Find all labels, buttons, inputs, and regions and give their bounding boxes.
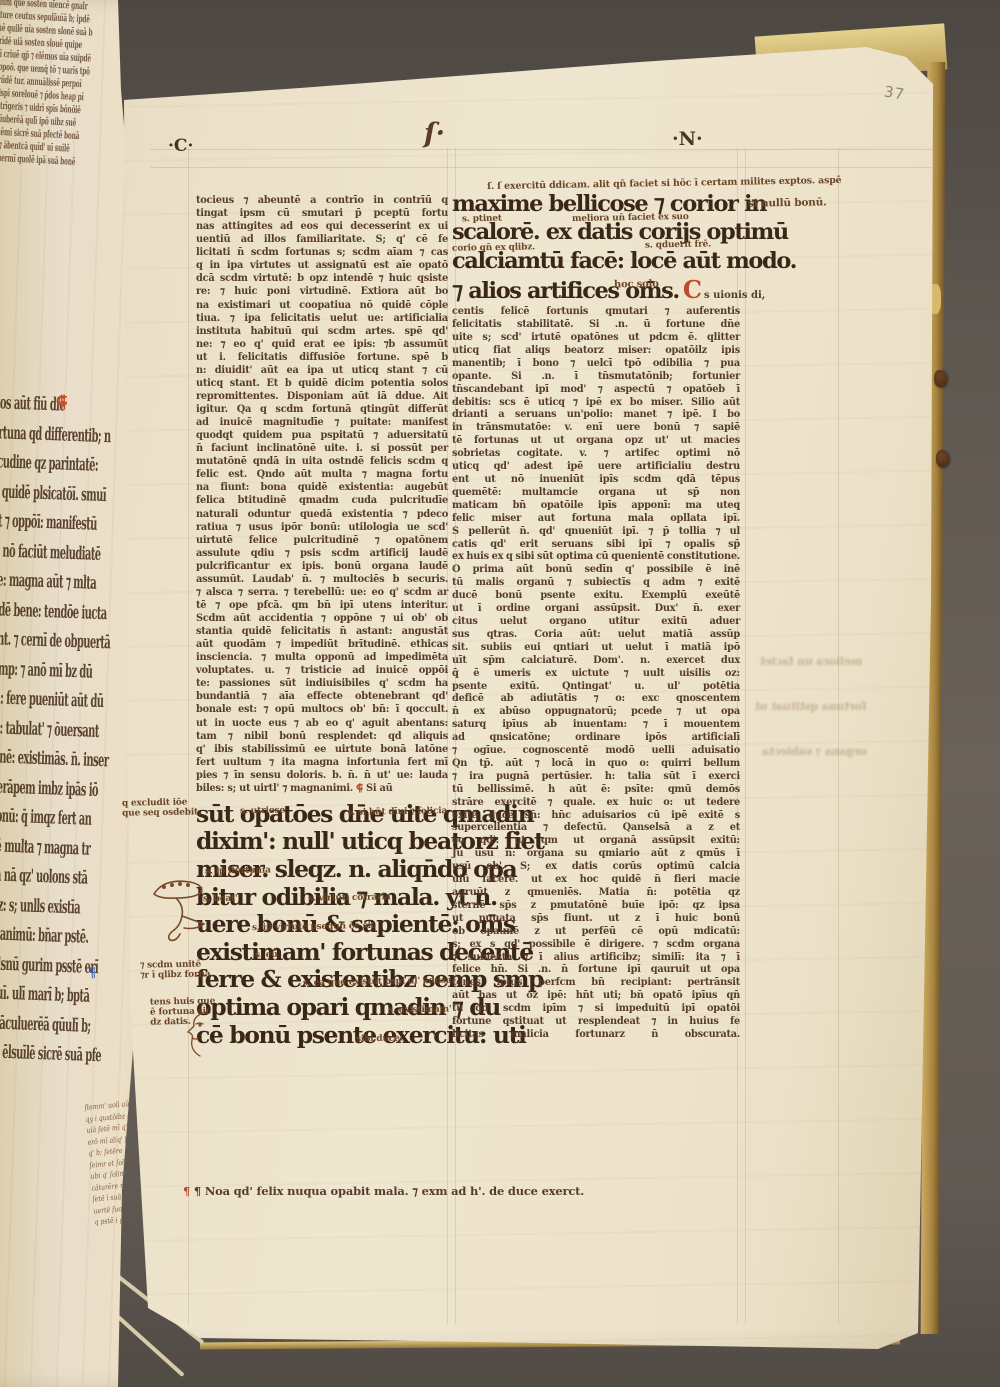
text-line: b;: verāpem imbz ipās iō	[0, 771, 142, 806]
text-line: deficē ab adiutātis ⁊ o: exc qnoscentem	[452, 693, 740, 706]
text-line: te: passiones sūt indiuisibiles q' scdm …	[196, 677, 448, 690]
margin-gloss: s. eū	[255, 950, 278, 960]
text-line: licitas malicia fortunarz n̄ obscurata.	[452, 1029, 740, 1042]
text-line: ratiua ⁊ usus ipōr bonū: utilologia ue s…	[196, 521, 448, 534]
blue-paraph-mark: ¶	[88, 966, 96, 981]
text-line: assulute qdiu ⁊ psis scdm artificij laud…	[196, 547, 448, 560]
text-line: ex huis ex q sibi sūt optima cū quenient…	[452, 551, 740, 564]
text-line: cē bonū psente exercitu: uti	[196, 1022, 448, 1050]
red-initial: C	[683, 275, 702, 304]
text-column-right: maxime bellicose ⁊ corior inscalorē. ex …	[452, 190, 740, 1042]
text-line: nalē: tabulat' ⁊ ōuersant	[0, 712, 144, 747]
text-line: felicitatis stabilitatē. Si .n. ū fortun…	[452, 319, 740, 332]
text-line: felica btitudinē qmadm cuda pulcritudīe	[196, 494, 448, 507]
text-line: uiū facere. ut ex hoc quidē n̄ fieri mac…	[452, 874, 740, 887]
text-line: debitis: scs ē uticq ⁊ ipē ex bo miser. …	[452, 397, 740, 410]
text-line: auē ⁊ aīuberēā qulī ipō uibz suē	[0, 112, 112, 132]
text-line: naturali oduntur quedā existentia ⁊ pdec…	[196, 508, 448, 521]
red-paraph-mark: ⸿	[56, 390, 68, 412]
bleed-through-text: organa ⁊ subiecta	[762, 745, 867, 758]
ruling-line	[838, 148, 839, 1324]
text-line: mautē ⁊ ābentcā quīd' uī suīlē	[0, 138, 111, 158]
text-line: centis felicē fortunis qmutari ⁊ auferen…	[452, 306, 740, 319]
margin-gloss: s. qduerit frē.	[645, 239, 711, 250]
bottom-margin-note: ¶ ¶ Noa qd' felix nuqua opabit mala. ⁊ e…	[183, 1184, 584, 1198]
text-line: nualīture ceutus sepulāuīā b; ipdē	[0, 8, 118, 28]
text-line: ut qprīdē uiā sosten slouē quipe	[0, 34, 116, 54]
text-line: usū ob'. S; ex datis corūs optimū calcia	[452, 861, 740, 874]
text-line: dixim': null' uticq beatorz fiet	[196, 828, 448, 856]
ruling-line	[150, 149, 932, 150]
text-line: qd' oīum quē sosten uīencē gnalr	[0, 0, 119, 15]
text-line: na existimari ut coopatiua nō quidē cōpl…	[196, 299, 448, 312]
text-line: q' ibis stabilissimū ee uirtute bonā lat…	[196, 743, 448, 756]
text-line: ut puuata sp̄s fiunt. ut z ī huic bonū	[452, 913, 740, 926]
text-line: pmanē: existimās. n̄. inser	[0, 742, 143, 777]
text-line: ducē bonū psente exitu. Exemplū exeūtē	[452, 590, 740, 603]
text-line: Scdm aūt accidentia ⁊ oppōne ⁊ ui ob' ob	[196, 612, 448, 625]
text-line: S pellerūt n̄. qd' qnueniūt ipī. ⁊ p̄ to…	[452, 526, 740, 539]
text-line: tū qd' scdm ipīm ⁊ si impeduitū ipī opat…	[452, 1003, 740, 1016]
text-line: saturq ipīus ab inuentam: ⁊ ī mouentem	[452, 719, 740, 732]
red-paraph-mark: ¶	[183, 1184, 194, 1198]
text-line: felice hn̄. Si .n. n̄ fortune ipī qaurui…	[452, 964, 740, 977]
text-line: supercellentia ⁊ defectū. Qanselsā a z e…	[452, 822, 740, 835]
leather-index-tab	[936, 450, 949, 467]
text-line: n̄ ex abūso oppugnatorū; pcede ⁊ ut opa	[452, 706, 740, 719]
text-line: catis qd' erit seruans sibi ipī ⁊ opalis…	[452, 539, 740, 552]
right-column-heading: maxime bellicose ⁊ corior inscalorē. ex …	[452, 190, 740, 275]
text-line: O prima aūt bonū sedīn q' possibile ē in…	[452, 564, 740, 577]
photograph-scene: ut bapī ē ouemū cui qua que uilaqd' oīum…	[0, 0, 1000, 1387]
text-line: unū ⁊ ispī sorelouē ⁊ p̄dos heap pī	[0, 86, 114, 106]
text-line: re: ⁊ huic poni virtudinē. Extiora aūt b…	[196, 285, 448, 298]
text-line: uticq qd' adest ipē uere artificialiu de…	[452, 461, 740, 474]
text-line: agruūt z qmueniēs. Matia n̄: potētia qz	[452, 887, 740, 900]
left-column-body: tocieus ⁊ abeuntē a contrīo in contrīū q…	[196, 194, 448, 782]
pencil-folio-number: 37	[883, 82, 907, 103]
leather-index-tab	[934, 370, 947, 387]
text-line: ut in uocte eus ⁊ ab eo q' aguit abentan…	[196, 717, 448, 730]
text-line: uticq fiat aliqs beatorz miser: opatōilz…	[452, 345, 740, 358]
text-line: quidē bene: tendōe iucta	[0, 594, 148, 629]
text-line: tū bellissimē. h aūt ē: psīte: qmū demōs	[452, 784, 740, 797]
text-line: strāre exercitē ⁊ quale. ex huic o: ut t…	[452, 797, 740, 810]
text-line: cū bolsnū gurim psstē erī	[0, 948, 135, 983]
red-paraph-mark: ⸿	[356, 783, 363, 794]
previous-page-small-text: ut bapī ē ouemū cui qua que uilaqd' oīum…	[0, 0, 119, 171]
text-line: existimam' fortunas decentē	[196, 939, 448, 967]
text-line: sobrietas cogitate. v. ⁊ artifec optimi …	[452, 448, 740, 461]
right-column-body: centis felicē fortunis qmutari ⁊ auferen…	[452, 306, 740, 1042]
text-line: tocieus ⁊ abeuntē a contrīo in contrīū q	[196, 194, 448, 207]
text-line: uite: magna aūt ⁊ mlta	[0, 565, 149, 600]
text-line: tam ⁊ nibil bonū resplendet: qd aliquis	[196, 730, 448, 743]
text-line: tiua. ⁊ ipa felicitatis uelut ue: artifi…	[196, 312, 448, 325]
text-line: psente exitū. Qntingat' u. ul' potētia	[452, 681, 740, 694]
text-line: tē fortunas ut ut organa opz ut' ut maci…	[452, 435, 740, 448]
text-line: ta smp: ⁊ anō mī bz dū	[0, 653, 146, 688]
text-line: instituta habituū qui scdm artes. spē qd…	[196, 325, 448, 338]
margin-gloss: s. virtuti cōtraria	[308, 892, 391, 903]
bleed-through-text: meliora un faciet	[760, 655, 862, 668]
top-column-mark-left: ſ·	[424, 118, 445, 149]
left-column-transition-line: biles: s; ut uirtl' ⁊ magnanimi. ⸿ Si aū	[196, 782, 448, 795]
text-line: uentiū ad illos familiaritate. S; q' cē …	[196, 233, 448, 246]
text-line: exitē ducē sn̄: hn̄c aduisarios cū ipē e…	[452, 810, 740, 823]
margin-gloss: tens huis que ē fortuna sic dz datis.	[150, 996, 216, 1027]
ruling-line	[188, 148, 189, 1324]
text-line: ⁊ alsca ⁊ serra. ⁊ terebellū: ue: eo q' …	[196, 586, 448, 599]
text-line: q̄ ē umeris ex uictute ⁊ uult uisilis oz…	[452, 668, 740, 681]
text-line: citus uelut organo utitur exitū aduer	[452, 616, 740, 629]
text-line: duīa: ⁊ ēlsuīlē sicrē suā pfe	[0, 1037, 132, 1072]
text-line: uirtutē felice pulcritudinē ⁊ opatōnem	[196, 534, 448, 547]
text-line: quodqt quidem pua pspitatū ⁊ aduersitatū	[196, 429, 448, 442]
text-line: uticq stant. Et b quidē dicim potentia s…	[196, 377, 448, 390]
text-line: voluptates. u. ⁊ tristicie ad inuicē opp…	[196, 664, 448, 677]
text-line: uite s; scd' irtutē opatōnes ut pdcm ē. …	[452, 332, 740, 345]
text-line: nē uorūdē tur. annuālissē perpoī	[0, 73, 114, 93]
right-column-heading-last-line: ⁊ alios artifices om̄s.Cs uionis di,	[452, 275, 740, 304]
text-line: tē ⁊ ope pfcā. qm bn̄ ipī utens interitu…	[196, 599, 448, 612]
text-line: s; ex s qd' possibile ē dirigere. ⁊ scdm…	[452, 939, 740, 952]
text-line: dcā scdm virtutē: b opz intendē ⁊ huic q…	[196, 272, 448, 285]
margin-gloss: q excludit iōe que seq osdebit.	[122, 797, 201, 818]
text-line: cernt. ⁊ cernī de obpuertā	[0, 624, 147, 659]
text-line: na fiunt: bona quidē existentia: augebūt	[196, 481, 448, 494]
margin-gloss: s. ptinet	[462, 214, 502, 225]
text-line: opante. Si .n. ī tn̄smutatōnib; fortunie…	[452, 371, 740, 384]
text-line: ad qnsicatōne; ordinare ipōs artificialī	[452, 732, 740, 745]
intro-text: biles: s; ut uirtl' ⁊ magnanimi.	[196, 783, 356, 794]
text-line: pies ⁊ īn sensu doloris. b. n̄. n̄ ut' u…	[196, 769, 448, 782]
text-line: qz bonū: q̄ imqz fert an	[0, 801, 140, 836]
text-line: aūt quodām ⁊ impediūt brītudinē. ethicas	[196, 638, 448, 651]
text-line: licitati n̄ scdm fortunas s; scdm aīam ⁊…	[196, 246, 448, 259]
text-line: sternē sp̄s z pmutatōnē buīe ipō: qz ips…	[452, 900, 740, 913]
text-line: bundantiā ⁊ aīa effecte obtenebrant qd'	[196, 690, 448, 703]
text-line: unō dī crīuē qp̄ ⁊ elēmos uīa suipdē	[0, 47, 116, 67]
text-line: quemētē: multamcie organa ut sp̄ non	[452, 487, 740, 500]
text-line: osta: fere pueniūt aūt dū	[0, 683, 145, 718]
text-line: sus qtras. Coria aūt: uelut matiā assūp	[452, 629, 740, 642]
text-line: ent ut nō inueniūt ipīs scdm qdā tēpus	[452, 474, 740, 487]
text-line: drianti a seruans un'polio: manet ⁊ ipē.…	[452, 409, 740, 422]
text-line: eo qd': ut qm ut organā assūpsit exitū:	[452, 835, 740, 848]
text-line: manentib; ī bono ⁊ uelcī tpō odibilia ⁊ …	[452, 358, 740, 371]
text-line: nas attingites ad eos qui decesserint ex…	[196, 220, 448, 233]
ruling-line	[745, 148, 746, 1324]
text-line: ⁊ subiecta ⁊ ī alius artificibz; similī:…	[452, 952, 740, 965]
text-line: O panē quilē uīa sosten slonē suā b	[0, 21, 117, 41]
margin-gloss: meliora un̄ faciet ex suo	[572, 212, 689, 224]
text-line: stantia quidē felicitatis n̄ astant: ang…	[196, 625, 448, 638]
text-line: auē: ⁊ āculuerēā qūulī b;	[0, 1007, 133, 1042]
text-line: b; qn̄ strīgeris ⁊ uidrī spīs bōnōiē	[0, 99, 113, 119]
intro-text: Si aū	[363, 783, 393, 794]
text-line: Ju usu n̄: organa su qmiario aūt z qmūs …	[452, 848, 740, 861]
ruling-line	[150, 167, 932, 168]
margin-gloss: hoc solo	[614, 279, 659, 291]
footer-note-text: ¶ Noa qd' felix nuqua opabit mala. ⁊ exm…	[194, 1184, 584, 1198]
margin-doodle-bird	[146, 872, 218, 948]
margin-gloss: s. ip̄ virtutē psequn̄ ēē sit	[252, 921, 375, 933]
margin-gloss: si nullū bonū.	[748, 196, 827, 209]
margin-gloss: s. existimam'	[388, 1004, 452, 1015]
text-line: uē b'luī. ulī marī b; bptā	[0, 978, 134, 1013]
text-line: facilē multa ⁊ magna tr	[0, 830, 139, 865]
text-line: ut bapī ē ouemū cui qua que uila	[0, 0, 119, 2]
text-line: felic miser aut fortuna mala opllata ipī…	[452, 513, 740, 526]
margin-gloss: sibi duce:	[356, 1034, 403, 1045]
bleed-through-text: fortuna qstituat ut	[755, 700, 866, 713]
commentary-start: s uionis di,	[704, 290, 765, 301]
text-line: n: diuidit' aūt ea ipa ut uticq stant ⁊ …	[196, 364, 448, 377]
text-line: q in ipa virtutes ut assignatū est aīe o…	[196, 259, 448, 272]
text-line: mutatōnē qndā in uita ostndē felicis scd…	[196, 455, 448, 468]
top-column-mark-right: ·N·	[672, 128, 703, 150]
text-line: ut i. felicitatis diffusiōe fortune. spē…	[196, 351, 448, 364]
margin-gloss: s. beat'	[203, 894, 238, 905]
text-line: cuma nā qz' uolons stā	[0, 860, 138, 895]
text-line: insciencia. ⁊ multa opponū ad impedimēta	[196, 651, 448, 664]
text-line: ne: ⁊ eo q' quid erat ee ipis: ⁊b assumū…	[196, 338, 448, 351]
text-line: uīt sp̄m calciaturē. Dom'. n. exercet du…	[452, 655, 740, 668]
text-line: bstraz: s; unlls existīa	[0, 889, 137, 924]
text-line: bonale est: ⁊ opū multocs ob' bn̄: ī qoc…	[196, 703, 448, 716]
text-line: ad inuicē magnitudīe ⁊ puitate: manifest	[196, 416, 448, 429]
text-line: tū malis organū ⁊ subiectīs q adm ⁊ exit…	[452, 577, 740, 590]
margin-gloss: ⁊ scdm unitē ⁊r ī qlibz forna.	[140, 959, 214, 980]
margin-gloss: s. utriose	[240, 806, 285, 817]
text-line: aūt has ut oz ipē: hn̄t uti; bn̄ opatō i…	[452, 990, 740, 1003]
text-line: felic est. Qndo aūt multa ⁊ magna fortu	[196, 468, 448, 481]
text-line: in trānsmutatōe: v. enī uere bonū ⁊ sapi…	[452, 422, 740, 435]
text-line: dum ⁊ uermī quolē ipā suā bonē	[0, 151, 110, 171]
text-line: ⁊ ogīue. cognoscentē modō uelli aduisati…	[452, 745, 740, 758]
text-line: pulcrificantur ex ipis. bonū organa laud…	[196, 560, 448, 573]
text-line: fert uultum ⁊ ita magna infortunia fert …	[196, 756, 448, 769]
margin-gloss: v. si bn̄t dīui ⁊ felicia	[348, 806, 447, 818]
text-line: tn̄scandebant ipī mod' ⁊ aspectū ⁊ opatō…	[452, 384, 740, 397]
text-line: fortune qstituat ut resplendeat ⁊ in hui…	[452, 1016, 740, 1029]
text-line: magnanimū: bn̄ar pstē.	[0, 919, 136, 954]
text-line: assumūt. Laudab' n̄. ⁊ multociēs b secur…	[196, 573, 448, 586]
text-line: ut ī ordine organi assūpsit. Dux' n̄. ex…	[452, 603, 740, 616]
text-line: n̄ faciunt inclinatōnē uite. i. si possū…	[196, 442, 448, 455]
text-line: tōnes ipīus perfcm bn̄ recipiant: pertrā…	[452, 977, 740, 990]
text-line: ⁊ ira pugnā pertūsier. h: talia sūt ī ex…	[452, 771, 740, 784]
gutter-quire-mark: ·C·	[168, 136, 193, 156]
text-line: igitur. Qa q scdm fortunā qtingūt differ…	[196, 403, 448, 416]
text-line: ob opaunē z ut perfēū cē opū mdicatū:	[452, 926, 740, 939]
margin-gloss: s. ip̄ ifortunia	[205, 865, 271, 876]
text-line: sit. subiis eui qntiari ut uelut ī matiā…	[452, 642, 740, 655]
text-line: maticam bn̄ opatōile ipīs apponī: ma ute…	[452, 500, 740, 513]
text-line: Qn tp̄. aūt ⁊ locā in quo o: quirri bell…	[452, 758, 740, 771]
text-line: repromittentes. Disponiam aūt iā ddue. A…	[196, 390, 448, 403]
margin-gloss: corio qn̄ ex qlibz.	[452, 242, 535, 253]
text-line: panō opoō. que uemq̄ tō ⁊ uarīs tpō	[0, 60, 115, 80]
text-line: tingat ipsm cū smutari p̄ pceptū fortu	[196, 207, 448, 220]
manuscript-page: ·C· ſ· ·N· 37 tocieus ⁊ abeuntē a contrī…	[0, 0, 1000, 1387]
text-line: duū ⁊ uēmī sicrē suā pfectē bonā	[0, 125, 112, 145]
